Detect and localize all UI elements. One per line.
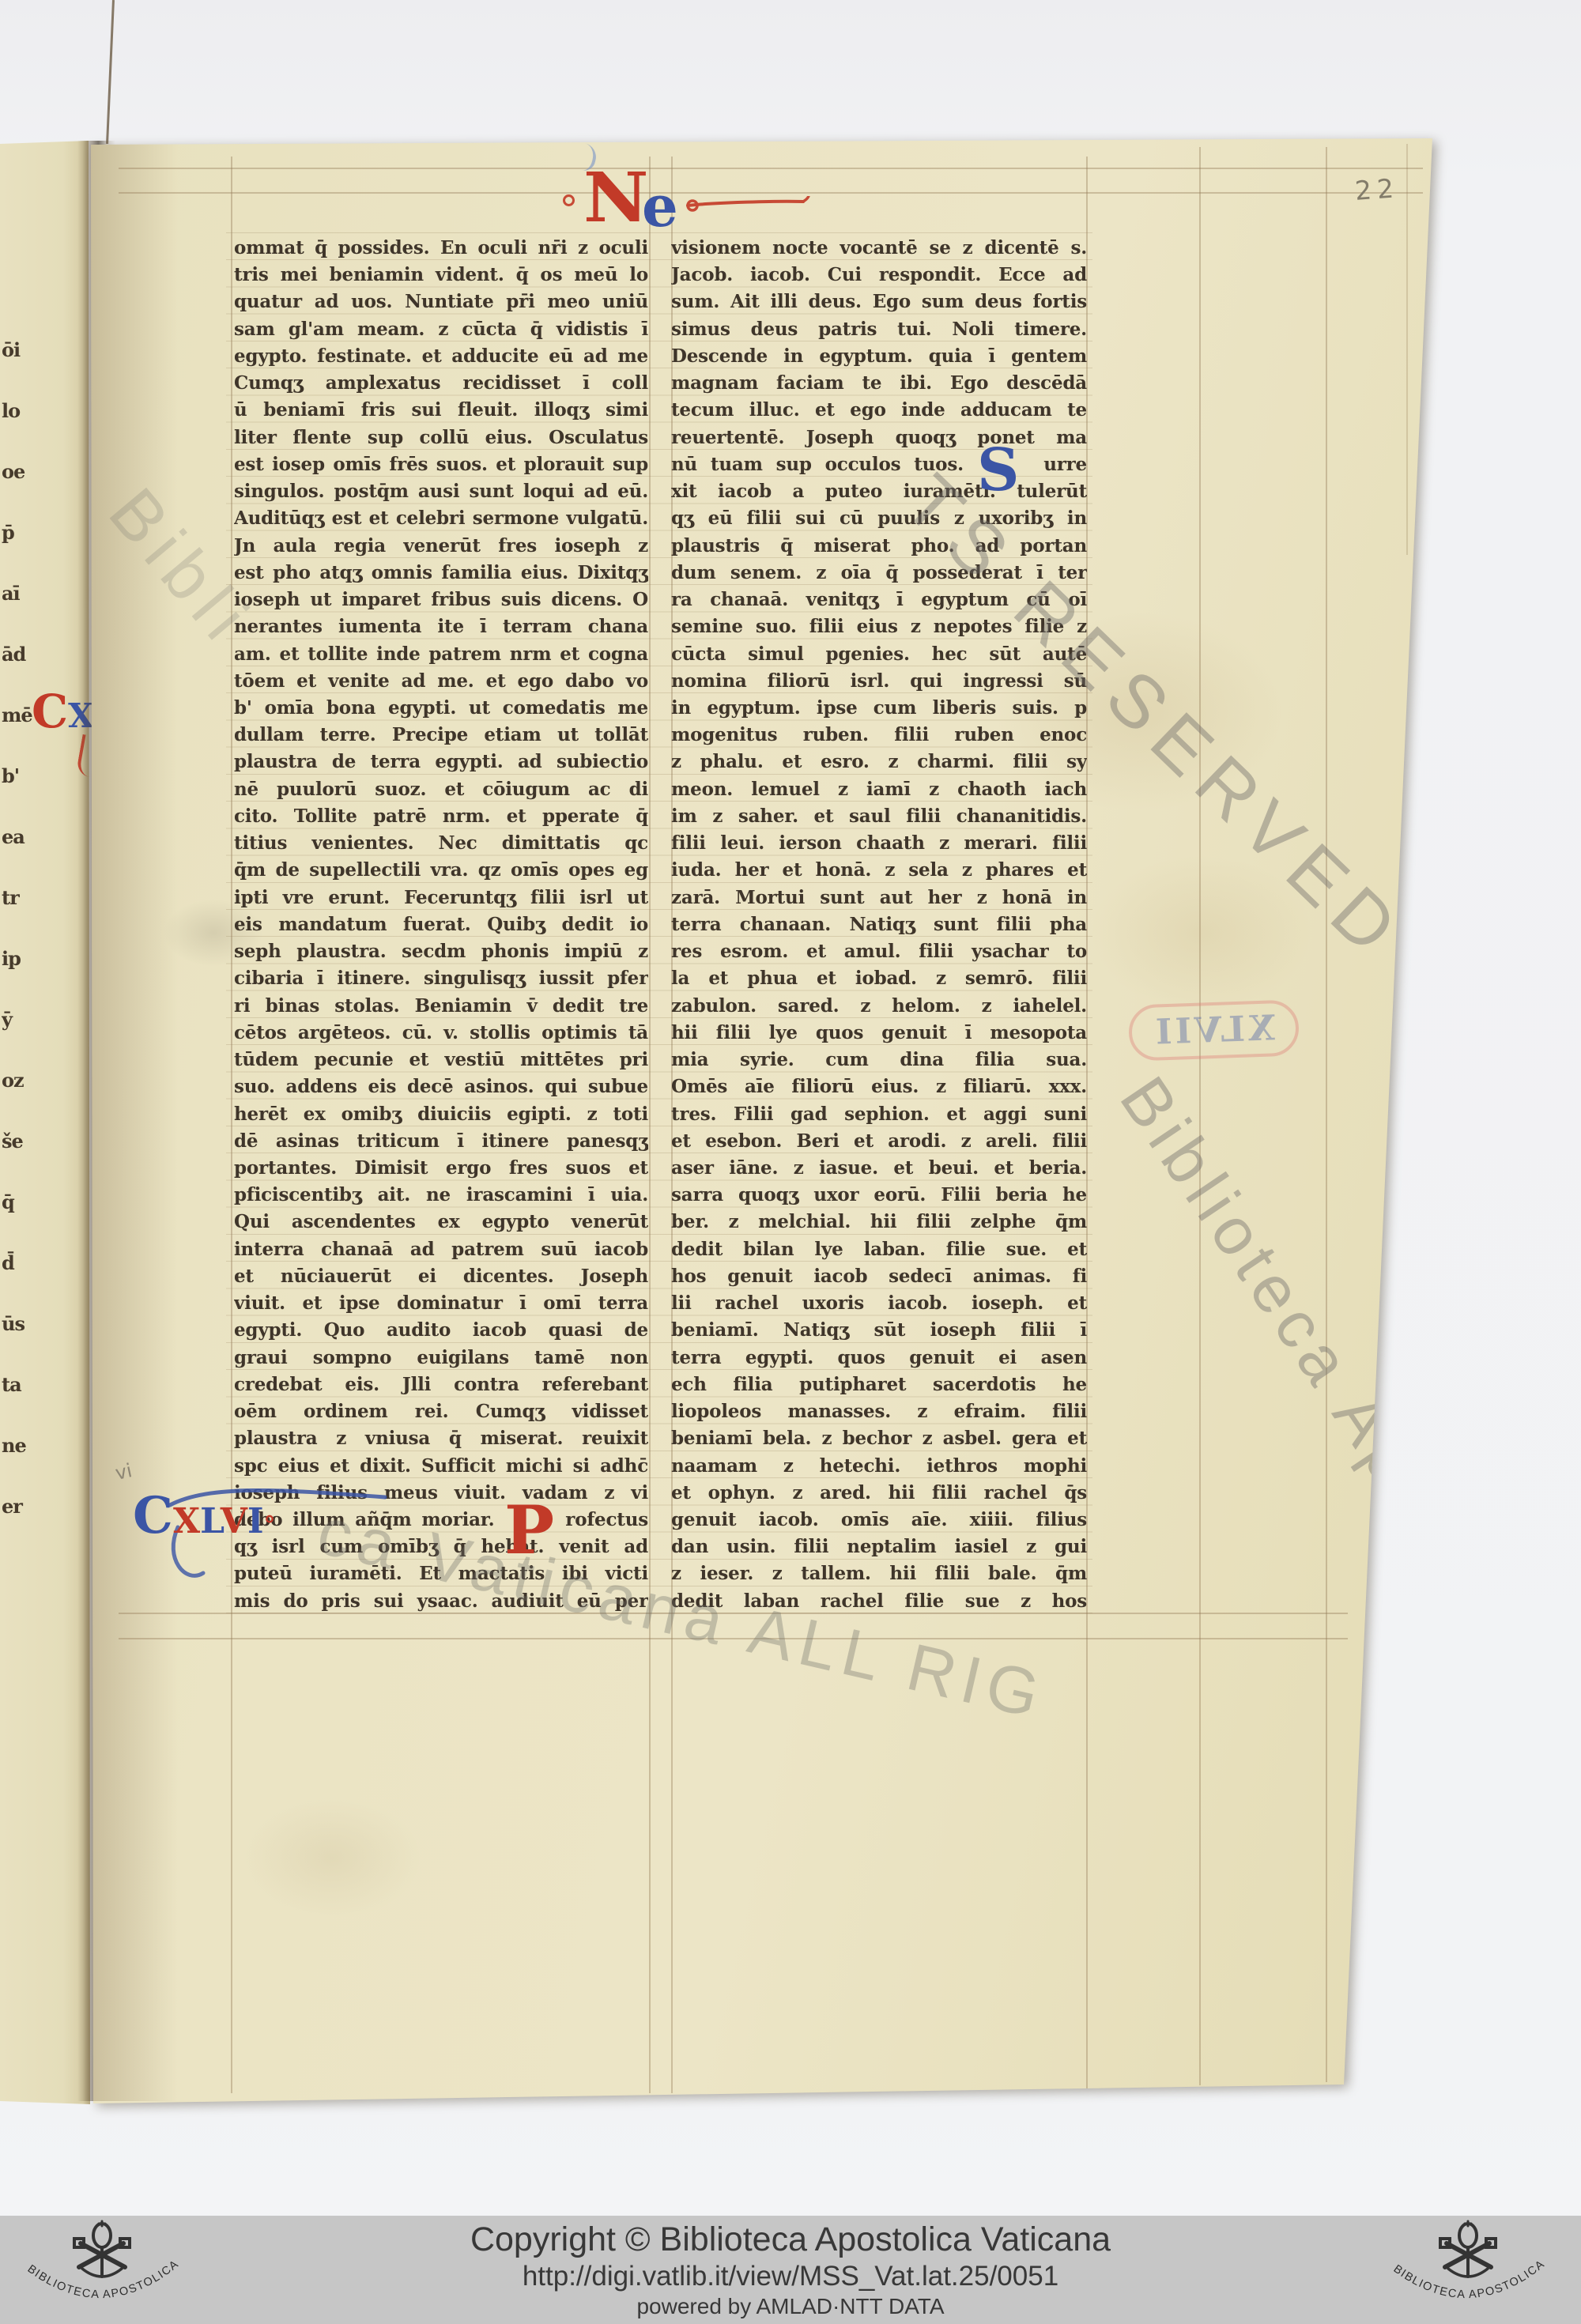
text-line: hii filii lye quos genuit ī mesopota	[671, 1020, 1087, 1047]
text-line: lii rachel uxoris iacob. ioseph. et	[671, 1290, 1087, 1317]
text-line: tūdem pecunie et vestiū mittētes pri	[234, 1047, 648, 1073]
text-line: et esebon. Beri et arodi. z areli. filii	[671, 1128, 1087, 1155]
footer-url: http://digi.vatlib.it/view/MSS_Vat.lat.2…	[523, 2261, 1058, 2292]
text-line: am. et tollite inde patrem nrm et cogna	[234, 641, 648, 668]
logo-arc-text: BIBLIOTECA APOSTOLICA VATICANA	[19, 2218, 181, 2301]
svg-text:BIBLIOTECA APOSTOLICA VATICANA: BIBLIOTECA APOSTOLICA VATICANA	[19, 2218, 181, 2301]
text-line: herēt ex omibʒ diuiciis egipti. z toti	[234, 1101, 648, 1128]
text-line: res esrom. et amul. filii ysachar to	[671, 938, 1087, 965]
text-line: titius venientes. Nec dimittatis qc	[234, 830, 648, 857]
text-line: cētos argēteos. cū. v. stollis optimis t…	[234, 1020, 648, 1047]
text-line: nerantes iumenta ite ī terram chana	[234, 613, 648, 640]
text-line: zarā. Mortui sunt aut her z honā in	[671, 885, 1087, 911]
manuscript-page: N e 22 ommat q̄ possides. En oculi nr̄i …	[0, 0, 1581, 2324]
copyright-footer: Copyright © Biblioteca Apostolica Vatica…	[0, 2216, 1581, 2324]
watermark-text: Biblioteca Apostolica	[1105, 1063, 1581, 1735]
text-line: ommat q̄ possides. En oculi nr̄i z oculi…	[234, 235, 648, 262]
text-line: et ophyn. z ared. hii filii rachel q̄s	[671, 1480, 1087, 1507]
text-line: tecum illuc. et ego inde adducam te	[671, 397, 1087, 424]
text-line: b' omīa bona egypti. ut comedatis me	[234, 695, 648, 722]
text-line: z phalu. et esro. z charmi. filii sy	[671, 749, 1087, 775]
text-line: egypto. festinate. et adducite eū ad me	[234, 343, 648, 370]
text-line: cūcta simul pgenies. hec sūt autē	[671, 641, 1087, 668]
text-line: plaustris q̄ miserat pho. ad portan	[671, 533, 1087, 560]
text-line: est pho atqʒ omnis familia eius. Dixitqʒ…	[234, 560, 648, 587]
text-line: interra chanaā ad patrem suū iacob	[234, 1236, 648, 1263]
logo-arc-text: BIBLIOTECA APOSTOLICA VATICANA	[1385, 2218, 1547, 2301]
text-line: la et phua et iobad. z semrō. filii	[671, 965, 1087, 992]
text-line: liter flente sup collū eius. Osculatus	[234, 424, 648, 451]
ruling-line	[119, 1638, 1348, 1639]
text-line: sam gl'am meam. z cūcta q̄ vidistis ī	[234, 316, 648, 343]
text-line: plaustra z vniusa q̄ miserat. reuixit	[234, 1425, 648, 1452]
text-line: q̄m de supellectili vra. qz omīs opes eg	[234, 857, 648, 884]
text-line: suo. addens eis decē asinos. qui subue	[234, 1073, 648, 1100]
text-line: nomina filiorū isrl. qui ingressi sū	[671, 668, 1087, 695]
text-line: terra egypti. quos genuit ei asen	[671, 1345, 1087, 1371]
text-line: aser iāne. z iasue. et beui. et beria.	[671, 1155, 1087, 1182]
text-line: dullam terre. Precipe etiam ut tollāt	[234, 722, 648, 749]
running-title-letter-n: N	[583, 158, 649, 238]
text-line: qʒ eū filii sui cū puulis z uxoribʒ in	[671, 505, 1087, 532]
svg-text:BIBLIOTECA APOSTOLICA VATICANA: BIBLIOTECA APOSTOLICA VATICANA	[1385, 2218, 1547, 2301]
text-line: nē puulorū suoz. et cōiugum ac di	[234, 776, 648, 803]
text-line: oēm ordinem rei. Cumqʒ vidisset	[234, 1398, 648, 1425]
text-line: Omēs aīe filiorū eius. z filiarū. xxx.	[671, 1073, 1087, 1100]
footer-powered-by: powered by AMLAD·NTT DATA	[636, 2294, 944, 2319]
text-line: in egyptum. ipse cum liberis suis. p	[671, 695, 1087, 722]
blue-initial-s: S	[977, 441, 1019, 500]
xlvii-offset-text: XLVII	[1152, 1008, 1276, 1052]
text-line: z ieser. z tallem. hii filii bale. q̄m	[671, 1560, 1087, 1587]
text-line: genuit iacob. omīs aīe. xiiii. filius	[671, 1507, 1087, 1534]
gutter-shading	[91, 142, 178, 2101]
text-line: im z saher. et saul filii chananitidis.	[671, 803, 1087, 830]
vatican-library-logo-right: BIBLIOTECA APOSTOLICA VATICANA	[1385, 2218, 1551, 2321]
xlvi-dot: °	[264, 1511, 276, 1539]
text-line: naamam z hetechi. iethros mophi	[671, 1453, 1087, 1480]
folio-number-pencil: 22	[1354, 172, 1401, 206]
text-line: singulos. postq̄m ausi sunt loqui ad eū.	[234, 478, 648, 505]
text-line: ū beniamī fris sui fleuit. illoqʒ simi	[234, 397, 648, 424]
text-line: credebat eis. Jlli contra referebant	[234, 1371, 648, 1398]
text-line: ri binas stolas. Beniamin v̄ dedit tre	[234, 993, 648, 1020]
text-line: mia syrie. cum dina filia sua.	[671, 1047, 1087, 1073]
ruling-line	[1406, 144, 1408, 555]
text-line: tōem et venite ad me. et ego dabo vo	[234, 668, 648, 695]
running-title-letter-e: e	[642, 172, 678, 240]
text-line: est iosep omīs frēs suos. et plorauit su…	[234, 451, 648, 478]
text-line: eis mandatum fuerat. Quibʒ dedit io	[234, 911, 648, 938]
text-column-left: ommat q̄ possides. En oculi nr̄i z oculi…	[234, 235, 648, 1615]
vatican-library-logo-left: BIBLIOTECA APOSTOLICA VATICANA	[19, 2218, 185, 2321]
xlvi-paraph: C	[133, 1486, 173, 1545]
text-line: pficiscentibʒ ait. ne irascamini ī uia.	[234, 1182, 648, 1209]
text-line: ber. z melchial. hii filii zelphe q̄m	[671, 1209, 1087, 1236]
text-line: beniamī. Natiqʒ sūt ioseph filii ī	[671, 1317, 1087, 1344]
red-initial-p: P	[504, 1497, 554, 1564]
text-line: dan usin. filii neptalim iasiel z gui	[671, 1534, 1087, 1560]
text-line: Qui ascendentes ex egypto venerūt	[234, 1209, 648, 1236]
ruling-line	[1326, 147, 1327, 2082]
scanned-manuscript-background: ōilooep̄aīādmēb'eatripȳozšeq̄d̄ūstaneer…	[0, 0, 1581, 2324]
running-title-red-flourish	[685, 196, 817, 212]
text-line: et nūciauerūt ei dicentes. Joseph	[234, 1263, 648, 1290]
text-line: ech filia putipharet sacerdotis he	[671, 1371, 1087, 1398]
text-line: portantes. Dimisit ergo fres suos et	[234, 1155, 648, 1182]
text-line: tris mei beniamin vident. q̄ os meū lo	[234, 262, 648, 289]
xlvi-i: I	[247, 1501, 264, 1541]
chapter-number-offset-mirrored: XLVII	[1128, 999, 1300, 1061]
text-line: Jn aula regia venerūt fres ioseph z gaui…	[234, 533, 648, 560]
footer-text-block: Copyright © Biblioteca Apostolica Vatica…	[237, 2216, 1344, 2324]
text-line: plaustra de terra egypti. ad subiectio	[234, 749, 648, 775]
text-line: terra chanaan. Natiqʒ sunt filii pha	[671, 911, 1087, 938]
text-line: seph plaustra. secdm phonis impiū z	[234, 938, 648, 965]
text-line: dum senem. z oīa q̄ possederat ī ter	[671, 560, 1087, 587]
text-line: Jacob. iacob. Cui respondit. Ecce ad	[671, 262, 1087, 289]
text-line: quatur ad uos. Nuntiate pr̄i meo uniū	[234, 289, 648, 315]
text-line: sum. Ait illi deus. Ego sum deus fortis	[671, 289, 1087, 315]
text-line: tres. Filii gad sephion. et aggi suni	[671, 1101, 1087, 1128]
running-title-red-dot	[563, 194, 575, 206]
text-line: sarra quoqʒ uxor eorū. Filii beria he	[671, 1182, 1087, 1209]
chapter-number-xlvi: CXLVI°	[133, 1486, 276, 1545]
text-line: cito. Tollite patrē nrm. et pperate q̄	[234, 803, 648, 830]
ruling-line	[1199, 147, 1201, 2085]
text-line: Cumqʒ amplexatus recidisset ī coll	[234, 370, 648, 397]
text-line: ipti vre erunt. Feceruntqʒ filii isrl ut	[234, 885, 648, 911]
text-line: mogenitus ruben. filii ruben enoc	[671, 722, 1087, 749]
text-line: iuda. her et honā. z sela z phares et	[671, 857, 1087, 884]
text-line: nū tuam sup occulos tuos. urre	[671, 451, 1087, 478]
text-line: graui sompno euigilans tamē non	[234, 1345, 648, 1371]
text-line: filii leui. ierson chaath z merari. fili…	[671, 830, 1087, 857]
text-line: dedit bilan lye laban. filie sue. et	[671, 1236, 1087, 1263]
text-line: reuertentē. Joseph quoqʒ ponet ma	[671, 424, 1087, 451]
text-line: hos genuit iacob sedecī animas. fi	[671, 1263, 1087, 1290]
text-column-right: visionem nocte vocantē se z dicentē s.Ja…	[671, 235, 1087, 1615]
ruling-line	[119, 192, 1423, 194]
text-line: egypti. Quo audito iacob quasi de	[234, 1317, 648, 1344]
xlvi-v: V	[221, 1501, 247, 1541]
text-line: dedit laban rachel filie sue z hos	[671, 1588, 1087, 1615]
text-line: viuit. et ipse dominatur ī omī terra	[234, 1290, 648, 1317]
ruling-line	[119, 168, 1423, 169]
text-line: semine suo. filii eius z nepotes filie z	[671, 613, 1087, 640]
text-line: ra chanaā. venitqʒ ī egyptum cū oī	[671, 587, 1087, 613]
text-line: simus deus patris tui. Noli timere.	[671, 316, 1087, 343]
text-line: liopoleos manasses. z efraim. filii	[671, 1398, 1087, 1425]
text-line: meon. lemuel z iamī z chaoth iach	[671, 776, 1087, 803]
text-line: Descende in egyptum. quia ī gentem	[671, 343, 1087, 370]
text-line: zabulon. sared. z helom. z iahelel.	[671, 993, 1087, 1020]
text-line: magnam faciam te ibi. Ego descēdā	[671, 370, 1087, 397]
text-line: visionem nocte vocantē se z dicentē s.	[671, 235, 1087, 262]
footer-copyright-line: Copyright © Biblioteca Apostolica Vatica…	[470, 2220, 1111, 2259]
text-line: xit iacob a puteo iuramēti. tulerūt	[671, 478, 1087, 505]
text-line: dē asinas triticum ī itinere panesqʒ	[234, 1128, 648, 1155]
text-line: Auditūqʒ est et celebri sermone vulgatū.	[234, 505, 648, 532]
xlvi-l: L	[200, 1501, 221, 1541]
text-line: ioseph ut imparet fribus suis dicens. O	[234, 587, 648, 613]
xlvi-x: X	[173, 1501, 200, 1541]
text-line: beniamī bela. z bechor z asbel. gera et	[671, 1425, 1087, 1452]
text-line: cibaria ī itinere. singulisqʒ iussit pfe…	[234, 965, 648, 992]
